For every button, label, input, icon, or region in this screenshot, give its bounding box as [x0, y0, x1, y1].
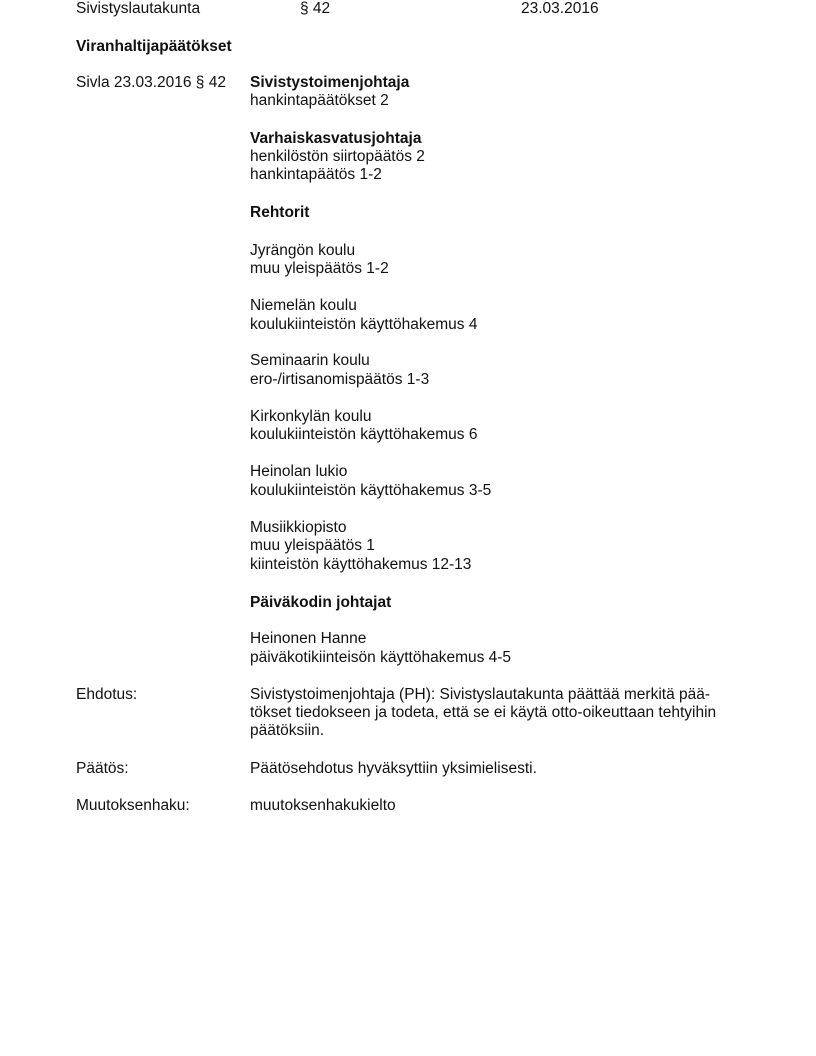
appeal-label: Muutoksenhaku:: [76, 797, 190, 815]
group-heading: Päiväkodin johtajat: [250, 594, 391, 612]
group-line: hankintapäätökset 2: [250, 92, 389, 110]
group-heading: Sivistystoimenjohtaja: [250, 74, 409, 92]
unit-name: Musiikkiopisto: [250, 519, 346, 537]
meeting-date: 23.03.2016: [521, 0, 599, 18]
proposal-line: päätöksiin.: [250, 722, 324, 740]
document-title: Viranhaltijapäätökset: [76, 38, 232, 56]
board-name: Sivistyslautakunta: [76, 0, 200, 18]
group-line: hankintapäätös 1-2: [250, 166, 382, 184]
unit-line: muu yleispäätös 1: [250, 537, 375, 555]
proposal-line: tökset tiedokseen ja todeta, että se ei …: [250, 704, 716, 722]
reference: Sivla 23.03.2016 § 42: [76, 74, 226, 92]
section-number: § 42: [300, 0, 330, 18]
appeal-text: muutoksenhakukielto: [250, 797, 396, 815]
group-line: henkilöstön siirtopäätös 2: [250, 148, 425, 166]
decision-label: Päätös:: [76, 760, 129, 778]
proposal-line: Sivistystoimenjohtaja (PH): Sivistyslaut…: [250, 686, 710, 704]
proposal-label: Ehdotus:: [76, 686, 137, 704]
unit-line: koulukiinteistön käyttöhakemus 4: [250, 316, 477, 334]
unit-name: Niemelän koulu: [250, 297, 357, 315]
unit-name: Heinolan lukio: [250, 463, 347, 481]
unit-line: kiinteistön käyttöhakemus 12-13: [250, 556, 471, 574]
unit-name: Heinonen Hanne: [250, 630, 366, 648]
unit-line: koulukiinteistön käyttöhakemus 3-5: [250, 482, 491, 500]
unit-name: Seminaarin koulu: [250, 352, 370, 370]
unit-line: koulukiinteistön käyttöhakemus 6: [250, 426, 477, 444]
group-heading: Varhaiskasvatusjohtaja: [250, 130, 421, 148]
unit-line: päiväkotikiinteisön käyttöhakemus 4-5: [250, 649, 511, 667]
decision-text: Päätösehdotus hyväksyttiin yksimielisest…: [250, 760, 537, 778]
unit-name: Jyrängön koulu: [250, 242, 355, 260]
unit-line: muu yleispäätös 1-2: [250, 260, 389, 278]
unit-name: Kirkonkylän koulu: [250, 408, 371, 426]
group-heading: Rehtorit: [250, 204, 309, 222]
unit-line: ero-/irtisanomispäätös 1-3: [250, 371, 429, 389]
